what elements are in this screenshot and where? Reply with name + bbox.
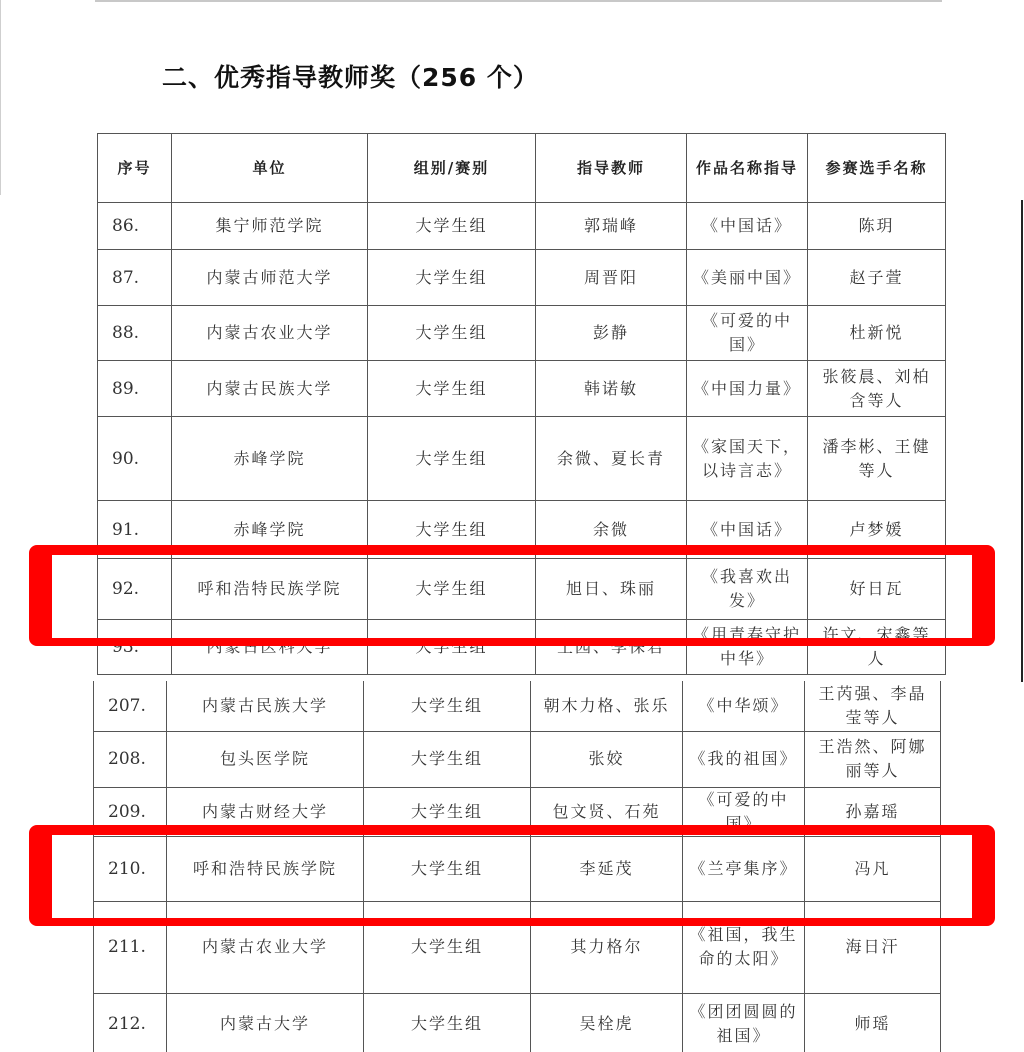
row-participants: 张筱晨、刘柏含等人	[808, 361, 946, 417]
table-row: 212. 内蒙古大学 大学生组 吴栓虎 《团团圆圆的祖国》 师瑶	[94, 993, 941, 1052]
row-work: 《中国话》	[687, 203, 808, 250]
highlight-box-row-210	[29, 825, 995, 926]
row-work: 《可爱的中国》	[687, 306, 808, 361]
table-row: 89. 内蒙古民族大学 大学生组 韩诺敏 《中国力量》 张筱晨、刘柏含等人	[98, 361, 946, 417]
row-no: 90.	[98, 417, 172, 501]
row-no: 87.	[98, 250, 172, 306]
row-work: 《中国力量》	[687, 361, 808, 417]
row-work: 《我的祖国》	[683, 731, 805, 787]
row-group: 大学生组	[364, 993, 531, 1052]
table-row: 208. 包头医学院 大学生组 张姣 《我的祖国》 王浩然、阿娜丽等人	[94, 731, 941, 787]
row-teacher: 余微、夏长青	[536, 417, 687, 501]
row-unit: 内蒙古农业大学	[172, 306, 368, 361]
row-no: 208.	[94, 731, 167, 787]
row-unit: 赤峰学院	[172, 417, 368, 501]
row-participants: 陈玥	[808, 203, 946, 250]
row-teacher: 吴栓虎	[531, 993, 683, 1052]
row-group: 大学生组	[364, 731, 531, 787]
row-group: 大学生组	[368, 417, 536, 501]
table-header-row: 序号 单位 组别/赛别 指导教师 作品名称指导 参赛选手名称	[98, 134, 946, 203]
row-unit: 内蒙古师范大学	[172, 250, 368, 306]
row-teacher: 韩诺敏	[536, 361, 687, 417]
row-group: 大学生组	[368, 203, 536, 250]
row-no: 86.	[98, 203, 172, 250]
row-participants: 赵子萱	[808, 250, 946, 306]
row-participants: 王浩然、阿娜丽等人	[805, 731, 941, 787]
row-teacher: 郭瑞峰	[536, 203, 687, 250]
row-teacher: 张姣	[531, 731, 683, 787]
table-row: 86. 集宁师范学院 大学生组 郭瑞峰 《中国话》 陈玥	[98, 203, 946, 250]
row-no: 89.	[98, 361, 172, 417]
section-title: 二、优秀指导教师奖（256 个）	[162, 58, 539, 94]
left-edge-line	[0, 0, 1, 195]
right-edge-line	[1021, 200, 1023, 682]
header-unit: 单位	[172, 134, 368, 203]
header-teacher: 指导教师	[536, 134, 687, 203]
row-group: 大学生组	[368, 306, 536, 361]
row-teacher: 彭静	[536, 306, 687, 361]
header-group: 组别/赛别	[368, 134, 536, 203]
table-row: 207. 内蒙古民族大学 大学生组 朝木力格、张乐 《中华颂》 王芮强、李晶莹等…	[94, 681, 941, 731]
row-teacher: 朝木力格、张乐	[531, 681, 683, 731]
row-participants: 杜新悦	[808, 306, 946, 361]
table-row: 87. 内蒙古师范大学 大学生组 周晋阳 《美丽中国》 赵子萱	[98, 250, 946, 306]
row-unit: 内蒙古大学	[167, 993, 364, 1052]
header-work: 作品名称指导	[687, 134, 808, 203]
row-no: 212.	[94, 993, 167, 1052]
row-group: 大学生组	[368, 250, 536, 306]
row-work: 《家国天下，以诗言志》	[687, 417, 808, 501]
row-no: 88.	[98, 306, 172, 361]
table-row: 90. 赤峰学院 大学生组 余微、夏长青 《家国天下，以诗言志》 潘李彬、王健等…	[98, 417, 946, 501]
row-work: 《团团圆圆的祖国》	[683, 993, 805, 1052]
header-no: 序号	[98, 134, 172, 203]
row-group: 大学生组	[368, 361, 536, 417]
row-participants: 师瑶	[805, 993, 941, 1052]
table-row: 88. 内蒙古农业大学 大学生组 彭静 《可爱的中国》 杜新悦	[98, 306, 946, 361]
row-no: 207.	[94, 681, 167, 731]
row-unit: 集宁师范学院	[172, 203, 368, 250]
row-participants: 潘李彬、王健等人	[808, 417, 946, 501]
row-unit: 包头医学院	[167, 731, 364, 787]
page-edge-line	[95, 0, 942, 2]
highlight-box-row-92	[29, 545, 995, 646]
row-participants: 王芮强、李晶莹等人	[805, 681, 941, 731]
row-unit: 内蒙古民族大学	[172, 361, 368, 417]
row-teacher: 周晋阳	[536, 250, 687, 306]
row-group: 大学生组	[364, 681, 531, 731]
header-participants: 参赛选手名称	[808, 134, 946, 203]
row-work: 《美丽中国》	[687, 250, 808, 306]
row-work: 《中华颂》	[683, 681, 805, 731]
row-unit: 内蒙古民族大学	[167, 681, 364, 731]
